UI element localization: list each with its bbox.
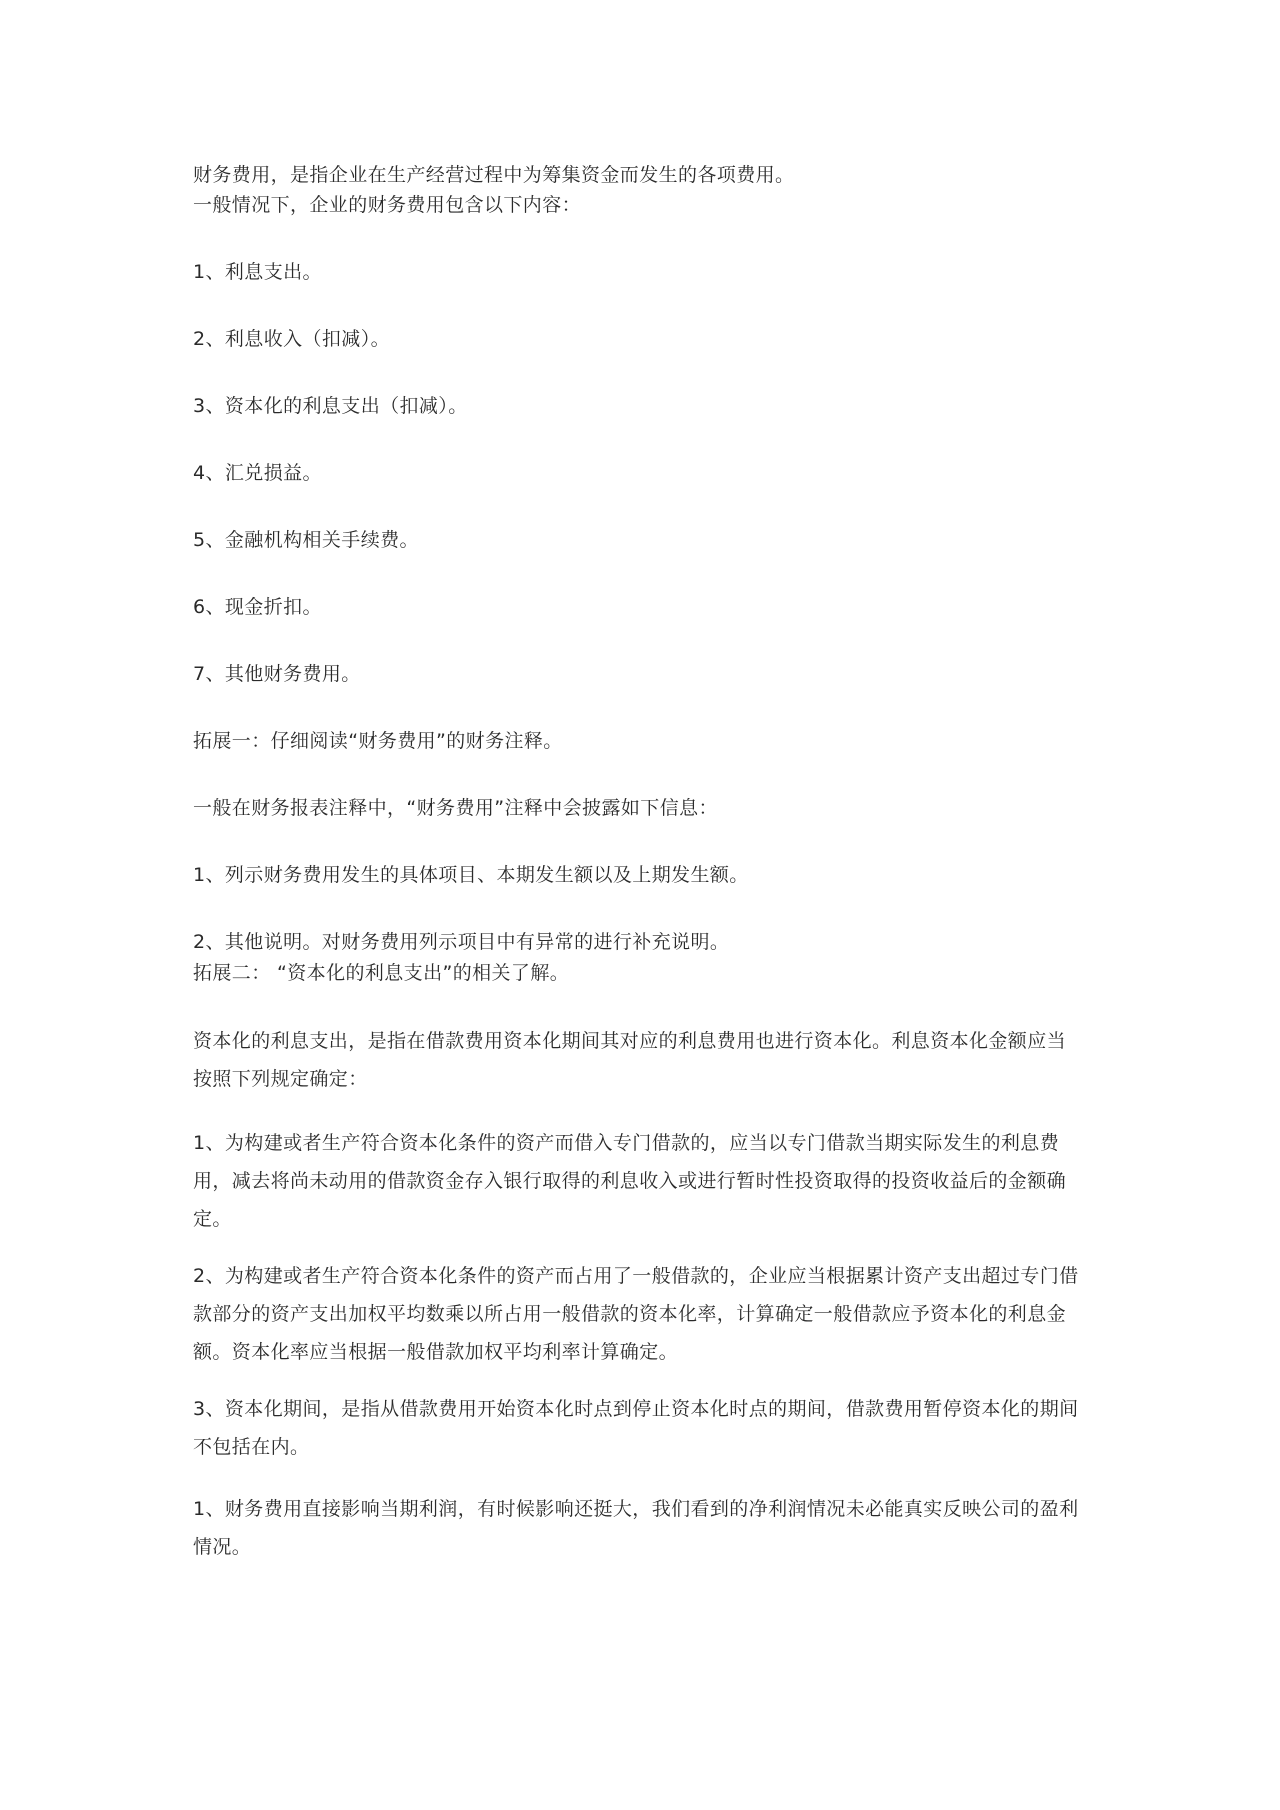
document-page: 财务费用，是指企业在生产经营过程中为筹集资金而发生的各项费用。 一般情况下，企业… [0, 0, 1280, 1810]
component-item-5: 5、金融机构相关手续费。 [193, 528, 419, 552]
extension-two-definition: 资本化的利息支出，是指在借款费用资本化期间其对应的利息费用也进行资本化。利息资本… [193, 1022, 1083, 1098]
intro-definition: 财务费用，是指企业在生产经营过程中为筹集资金而发生的各项费用。 [193, 163, 794, 187]
extension-one-heading: 拓展一：仔细阅读“财务费用”的财务注释。 [193, 729, 563, 753]
extension-two-rule-1: 1、为构建或者生产符合资本化条件的资产而借入专门借款的，应当以专门借款当期实际发… [193, 1124, 1083, 1238]
component-item-6: 6、现金折扣。 [193, 595, 322, 619]
extension-two-rule-3: 3、资本化期间，是指从借款费用开始资本化时点到停止资本化时点的期间，借款费用暂停… [193, 1390, 1083, 1466]
component-item-2: 2、利息收入（扣减）。 [193, 327, 390, 351]
conclusion-item-1: 1、财务费用直接影响当期利润，有时候影响还挺大，我们看到的净利润情况未必能真实反… [193, 1490, 1083, 1566]
extension-one-lead: 一般在财务报表注释中，“财务费用”注释中会披露如下信息： [193, 796, 718, 820]
extension-two-heading: 拓展二： “资本化的利息支出”的相关了解。 [193, 961, 569, 985]
component-item-7: 7、其他财务费用。 [193, 662, 361, 686]
component-item-1: 1、利息支出。 [193, 260, 322, 284]
component-item-3: 3、资本化的利息支出（扣减）。 [193, 394, 468, 418]
extension-one-item-1: 1、列示财务费用发生的具体项目、本期发生额以及上期发生额。 [193, 863, 749, 887]
extension-two-rule-2: 2、为构建或者生产符合资本化条件的资产而占用了一般借款的，企业应当根据累计资产支… [193, 1257, 1083, 1371]
intro-lead: 一般情况下，企业的财务费用包含以下内容： [193, 193, 581, 217]
extension-one-item-2: 2、其他说明。对财务费用列示项目中有异常的进行补充说明。 [193, 930, 729, 954]
component-item-4: 4、汇兑损益。 [193, 461, 322, 485]
